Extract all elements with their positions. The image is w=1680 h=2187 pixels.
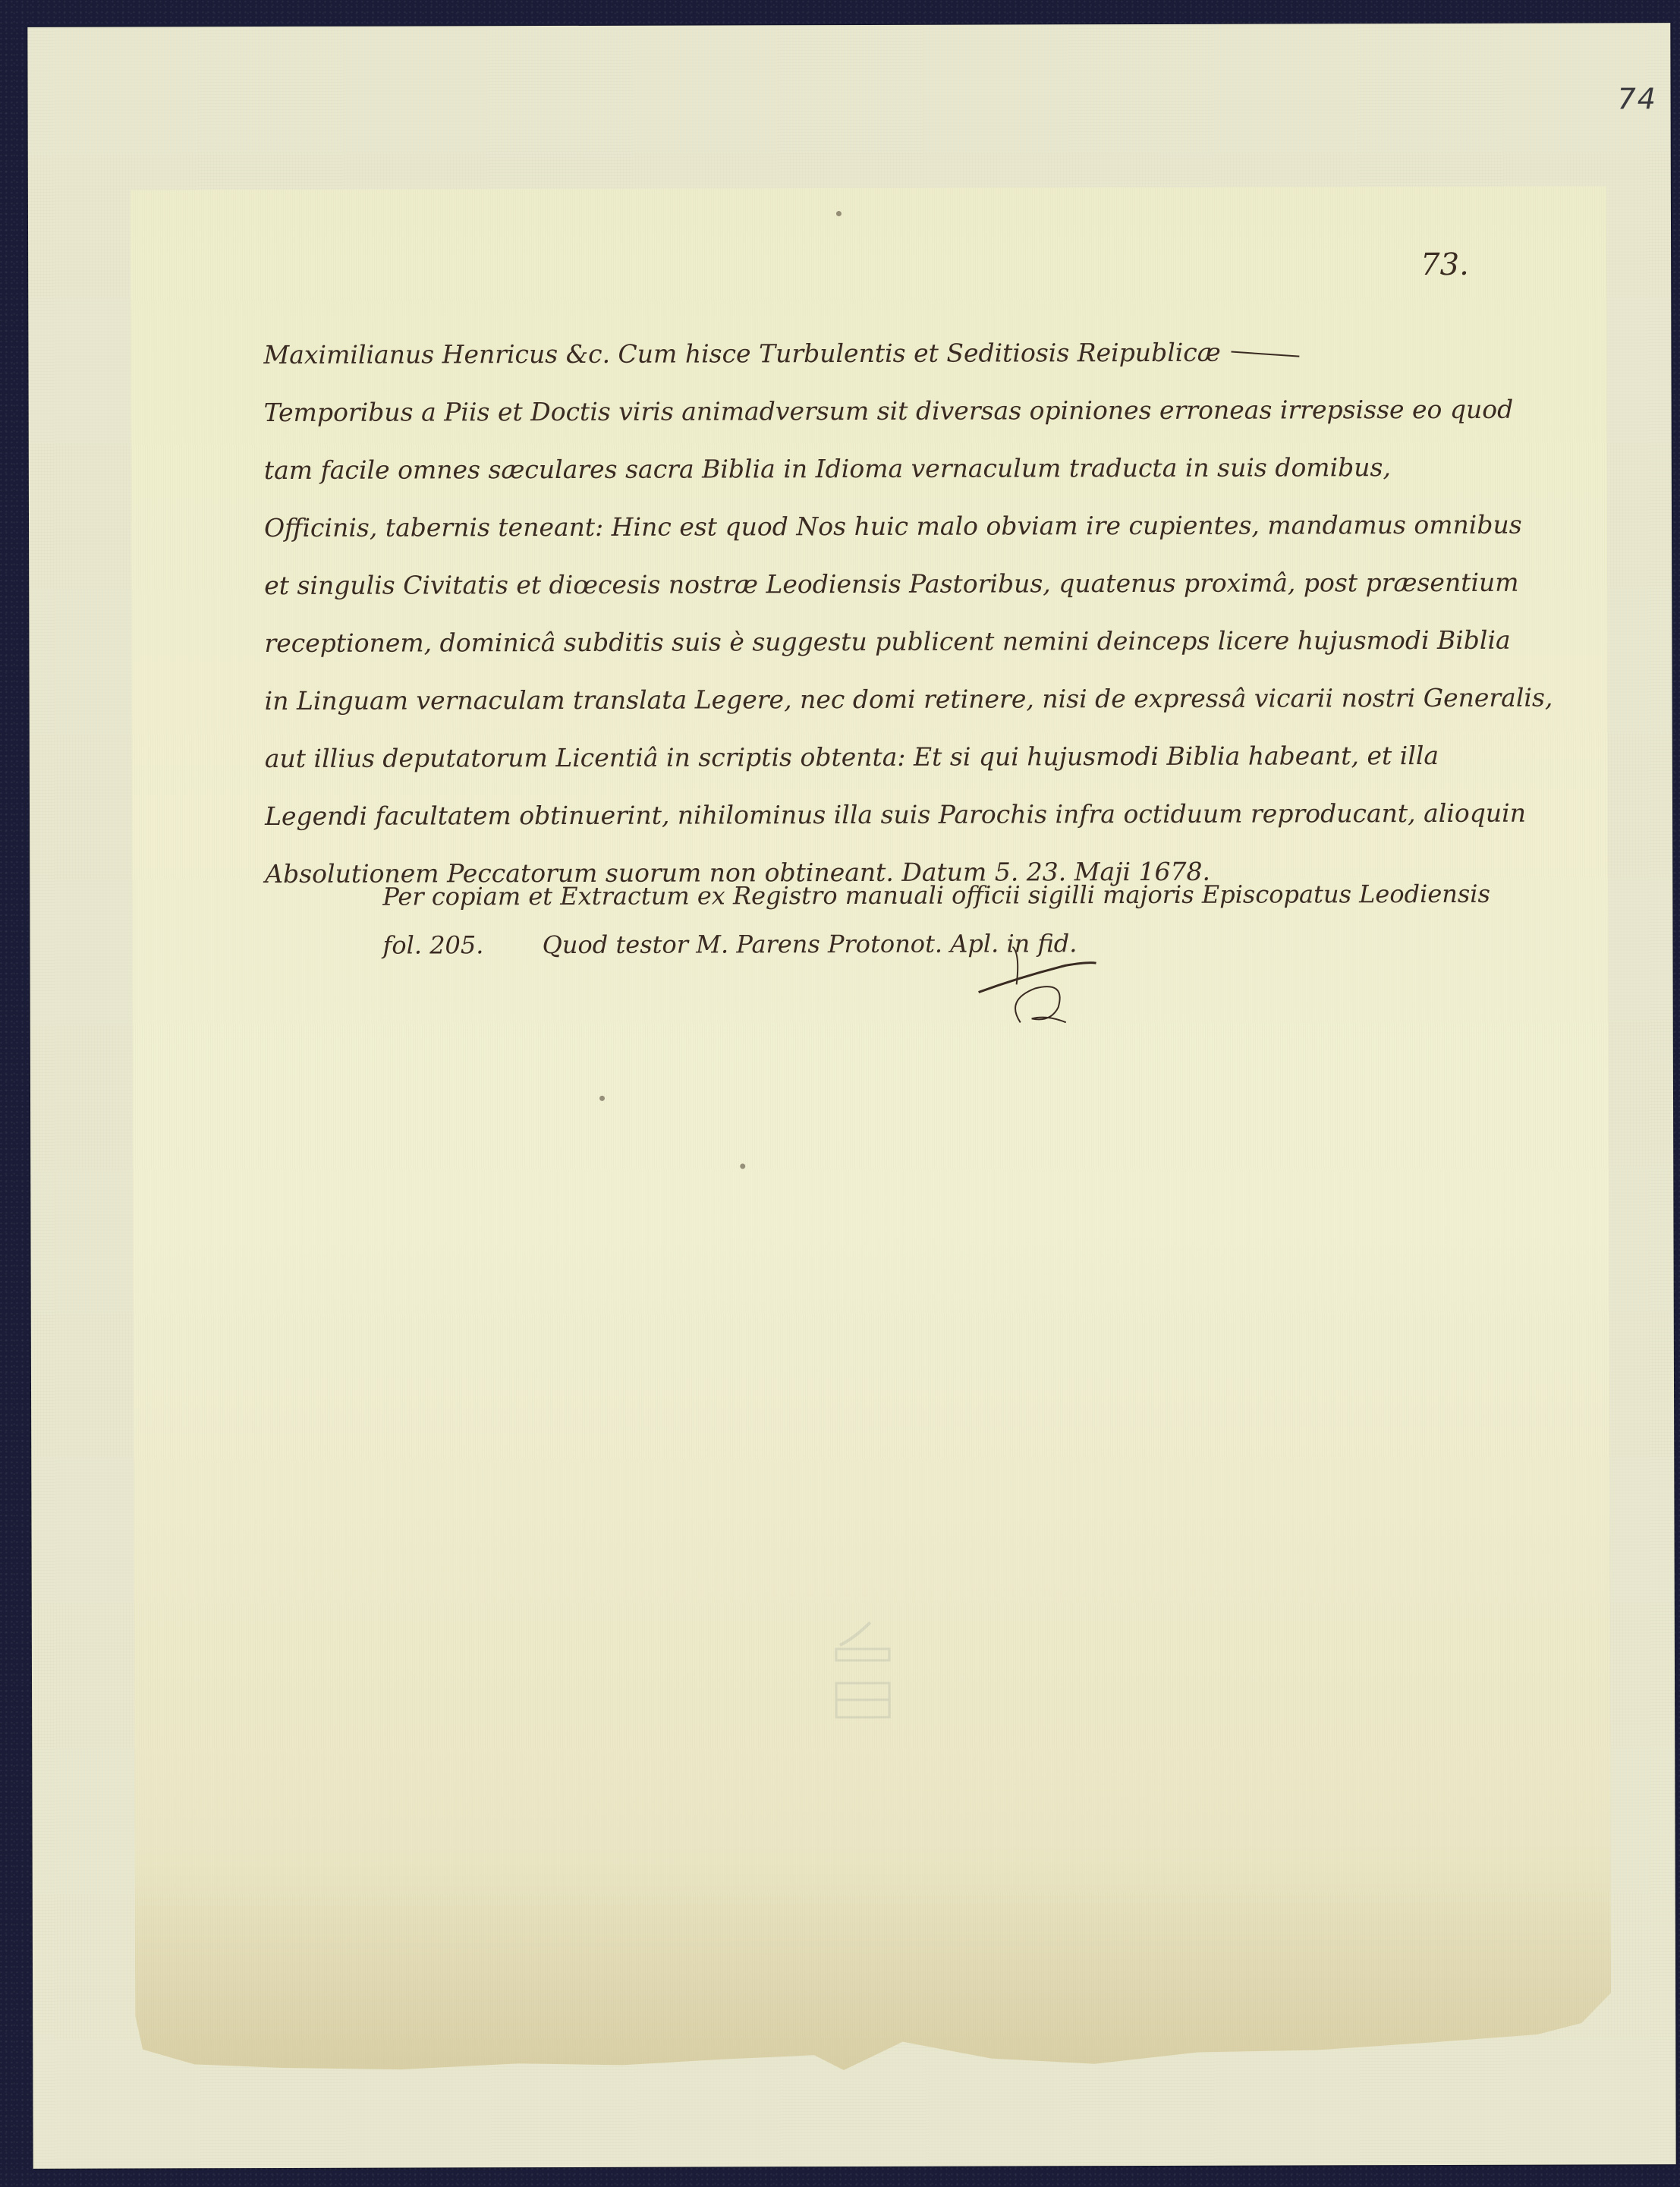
text-line: tam facile omnes sæculares sacra Biblia … — [264, 439, 1569, 500]
watermark-icon — [825, 1615, 901, 1729]
archive-folio-stamp: 74 — [1618, 82, 1657, 115]
text-line: Legendi facultatem obtinuerint, nihilomi… — [265, 785, 1570, 846]
decree-text: Maximilianus Henricus &c. Cum hisce Turb… — [263, 323, 1570, 904]
folio-number: 73. — [1420, 247, 1469, 282]
text-line: receptionem, dominicâ subditis suis è su… — [264, 612, 1569, 673]
mounting-sheet: 74 73. Maximilianus Henricus &c. Cum his… — [27, 23, 1675, 2169]
text-line: et singulis Civitatis et diœcesis nostræ… — [264, 554, 1569, 615]
signature-flourish-icon — [974, 946, 1118, 1030]
text-line: aut illius deputatorum Licentiâ in scrip… — [265, 727, 1570, 788]
text-line: in Linguam vernaculam translata Legere, … — [265, 669, 1570, 731]
ink-speck — [836, 211, 842, 216]
ink-speck — [740, 1163, 745, 1169]
manuscript-page: 73. Maximilianus Henricus &c. Cum hisce … — [131, 186, 1611, 2072]
attestation-line: Per copiam et Extractum ex Registro manu… — [382, 870, 1566, 921]
text-line: Maximilianus Henricus &c. Cum hisce Turb… — [263, 323, 1568, 385]
ink-speck — [599, 1096, 605, 1101]
folio-reference: fol. 205. — [382, 920, 519, 969]
text-line: Temporibus a Piis et Doctis viris animad… — [264, 381, 1569, 442]
text-line: Officinis, tabernis teneant: Hinc est qu… — [264, 496, 1569, 558]
